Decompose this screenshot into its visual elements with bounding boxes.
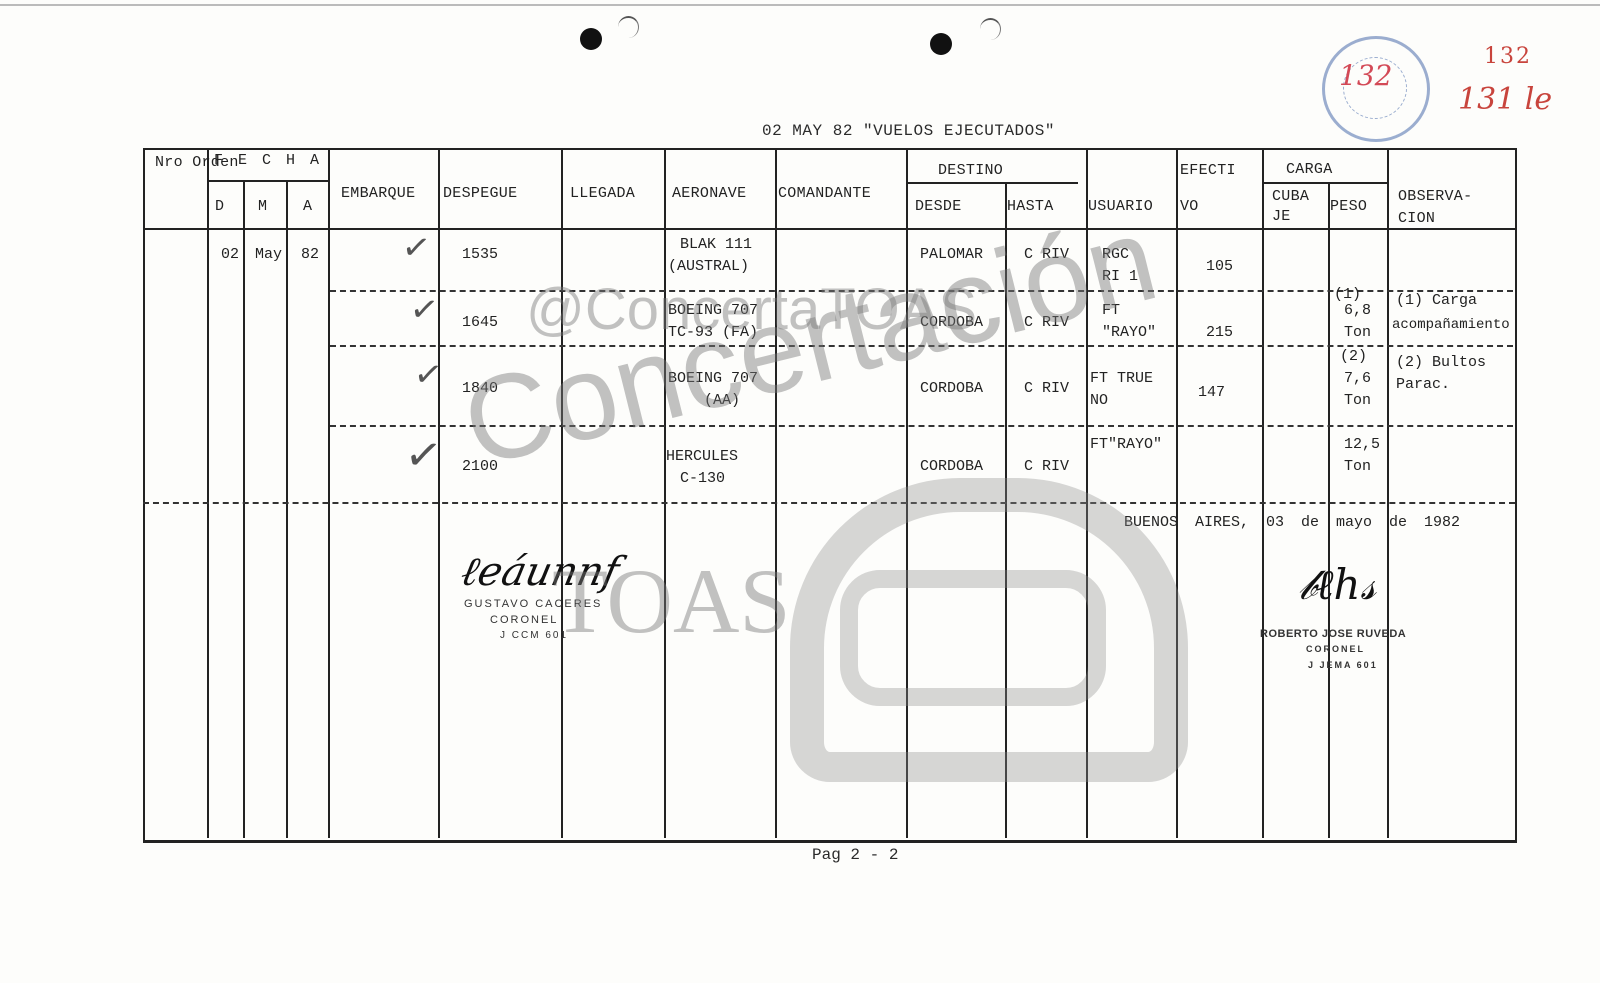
row2-hasta: C RIV <box>1024 312 1069 334</box>
row4-peso-unit: Ton <box>1344 456 1371 478</box>
row4-despegue: 2100 <box>462 456 498 478</box>
header-observacion-2: CION <box>1398 208 1435 230</box>
header-llegada: LLEGADA <box>570 183 635 205</box>
header-bottom-line <box>143 228 1515 230</box>
row2-aeronave-1: BOEING 707 <box>668 300 758 322</box>
place-date: BUENOS AIRES, 03 de mayo de 1982 <box>1124 512 1460 534</box>
fecha-subheader-line <box>207 180 328 182</box>
embarque-check-icon: ✓ <box>411 353 445 397</box>
header-usuario: USUARIO <box>1088 196 1153 218</box>
row3-observacion-2: Parac. <box>1396 374 1450 396</box>
row2-usuario-1: FT <box>1102 300 1120 322</box>
header-hasta: HASTA <box>1007 196 1054 218</box>
row3-efectivo: 147 <box>1198 382 1225 404</box>
col-divider <box>1387 148 1389 838</box>
destino-subheader-line <box>906 182 1078 184</box>
header-peso: PESO <box>1330 196 1367 218</box>
header-observacion-1: OBSERVA- <box>1398 186 1472 208</box>
date-month: May <box>255 244 282 266</box>
header-fecha-a: A <box>303 196 312 218</box>
col-divider <box>1086 148 1088 838</box>
signature-1-post: J CCM 601 <box>500 630 568 641</box>
row1-aeronave-1: BLAK 111 <box>680 234 752 256</box>
header-cubaje-2: JE <box>1272 206 1291 228</box>
punch-hole-mark <box>618 16 639 38</box>
flights-table <box>143 148 1517 843</box>
header-comandante: COMANDANTE <box>778 183 871 205</box>
col-divider <box>1262 148 1264 838</box>
row4-usuario-1: FT"RAYO" <box>1090 434 1162 456</box>
row4-peso-value: 12,5 <box>1344 434 1380 456</box>
row2-observacion-1: (1) Carga <box>1396 290 1477 312</box>
header-despegue: DESPEGUE <box>443 183 517 205</box>
row3-despegue: 1840 <box>462 378 498 400</box>
row3-usuario-1: FT TRUE <box>1090 368 1153 390</box>
header-efectivo-1: EFECTI <box>1180 160 1236 182</box>
row2-peso-unit: Ton <box>1344 322 1371 344</box>
archive-stamp: 132 <box>1322 36 1430 142</box>
embarque-check-icon: ✓ <box>402 428 446 484</box>
folio-number-handwritten: 131 le <box>1458 82 1552 117</box>
punch-hole-mark <box>980 18 1001 40</box>
signature-scribble: 𝒷ℓℎ𝓈 <box>1298 560 1376 610</box>
row2-observacion-2: acompañamiento <box>1392 314 1510 336</box>
col-divider <box>438 148 440 838</box>
row4-aeronave-2: C-130 <box>680 468 725 490</box>
folio-number-printed: 132 <box>1484 44 1532 69</box>
header-carga: CARGA <box>1286 159 1333 181</box>
row3-peso-value: 7,6 <box>1344 368 1371 390</box>
row1-desde: PALOMAR <box>920 244 983 266</box>
col-divider <box>775 148 777 838</box>
document-title: 02 MAY 82 "VUELOS EJECUTADOS" <box>762 122 1055 140</box>
col-divider <box>1328 184 1330 838</box>
header-aeronave: AERONAVE <box>672 183 746 205</box>
col-divider <box>286 181 288 838</box>
punch-hole <box>930 33 952 55</box>
row3-observacion-1: (2) Bultos <box>1396 352 1486 374</box>
row4-hasta: C RIV <box>1024 456 1069 478</box>
signature-1-name: GUSTAVO CACERES <box>464 598 602 610</box>
col-divider <box>664 148 666 838</box>
header-fecha-d: D <box>215 196 224 218</box>
col-divider <box>207 148 209 838</box>
table-body-end-line <box>143 502 1515 504</box>
page-number: Pag 2 - 2 <box>812 846 898 864</box>
col-divider <box>1005 184 1007 838</box>
row4-desde: CORDOBA <box>920 456 983 478</box>
row3-hasta: C RIV <box>1024 378 1069 400</box>
signature-2-name: ROBERTO JOSE RUVEDA <box>1260 628 1406 640</box>
row1-despegue: 1535 <box>462 244 498 266</box>
date-year: 82 <box>301 244 319 266</box>
punch-hole <box>580 28 602 50</box>
col-divider <box>1176 148 1178 838</box>
row3-aeronave-2: (AA) <box>704 390 740 412</box>
row-separator <box>330 345 1513 347</box>
row1-aeronave-2: (AUSTRAL) <box>668 256 749 278</box>
col-divider <box>906 148 908 838</box>
row2-despegue: 1645 <box>462 312 498 334</box>
row3-usuario-2: NO <box>1090 390 1108 412</box>
header-efectivo-2: VO <box>1180 196 1199 218</box>
embarque-check-icon: ✓ <box>407 288 441 332</box>
header-cubaje-1: CUBA <box>1272 186 1309 208</box>
header-embarque: EMBARQUE <box>341 183 415 205</box>
row2-aeronave-2: TC-93 (FA) <box>668 322 758 344</box>
signature-2-rank: CORONEL <box>1306 644 1365 654</box>
row1-hasta: C RIV <box>1024 244 1069 266</box>
row2-usuario-2: "RAYO" <box>1102 322 1156 344</box>
row2-efectivo: 215 <box>1206 322 1233 344</box>
signature-scribble: ℓeáunnf <box>457 548 623 595</box>
row3-desde: CORDOBA <box>920 378 983 400</box>
col-divider <box>243 181 245 838</box>
row-separator <box>330 425 1513 427</box>
header-fecha-m: M <box>258 196 267 218</box>
col-divider <box>561 148 563 838</box>
row2-desde: CORDOBA <box>920 312 983 334</box>
header-desde: DESDE <box>915 196 962 218</box>
embarque-check-icon: ✓ <box>399 226 433 270</box>
row1-usuario-1: RGC <box>1102 244 1129 266</box>
carga-subheader-line <box>1262 182 1387 184</box>
header-fecha: F E C H A <box>214 150 322 172</box>
col-divider <box>328 148 330 838</box>
row3-aeronave-1: BOEING 707 <box>668 368 758 390</box>
stamp-folio-number: 132 <box>1339 59 1392 92</box>
signature-2-post: J JEMA 601 <box>1308 660 1378 670</box>
row1-efectivo: 105 <box>1206 256 1233 278</box>
page-edge <box>0 4 1600 6</box>
signature-1-rank: CORONEL <box>490 614 558 626</box>
row2-peso-value: 6,8 <box>1344 300 1371 322</box>
row3-peso-ref: (2) <box>1340 346 1367 368</box>
row4-aeronave-1: HERCULES <box>666 446 738 468</box>
header-destino: DESTINO <box>938 160 1003 182</box>
row3-peso-unit: Ton <box>1344 390 1371 412</box>
row1-usuario-2: RI 1 <box>1102 266 1138 288</box>
date-day: 02 <box>221 244 239 266</box>
